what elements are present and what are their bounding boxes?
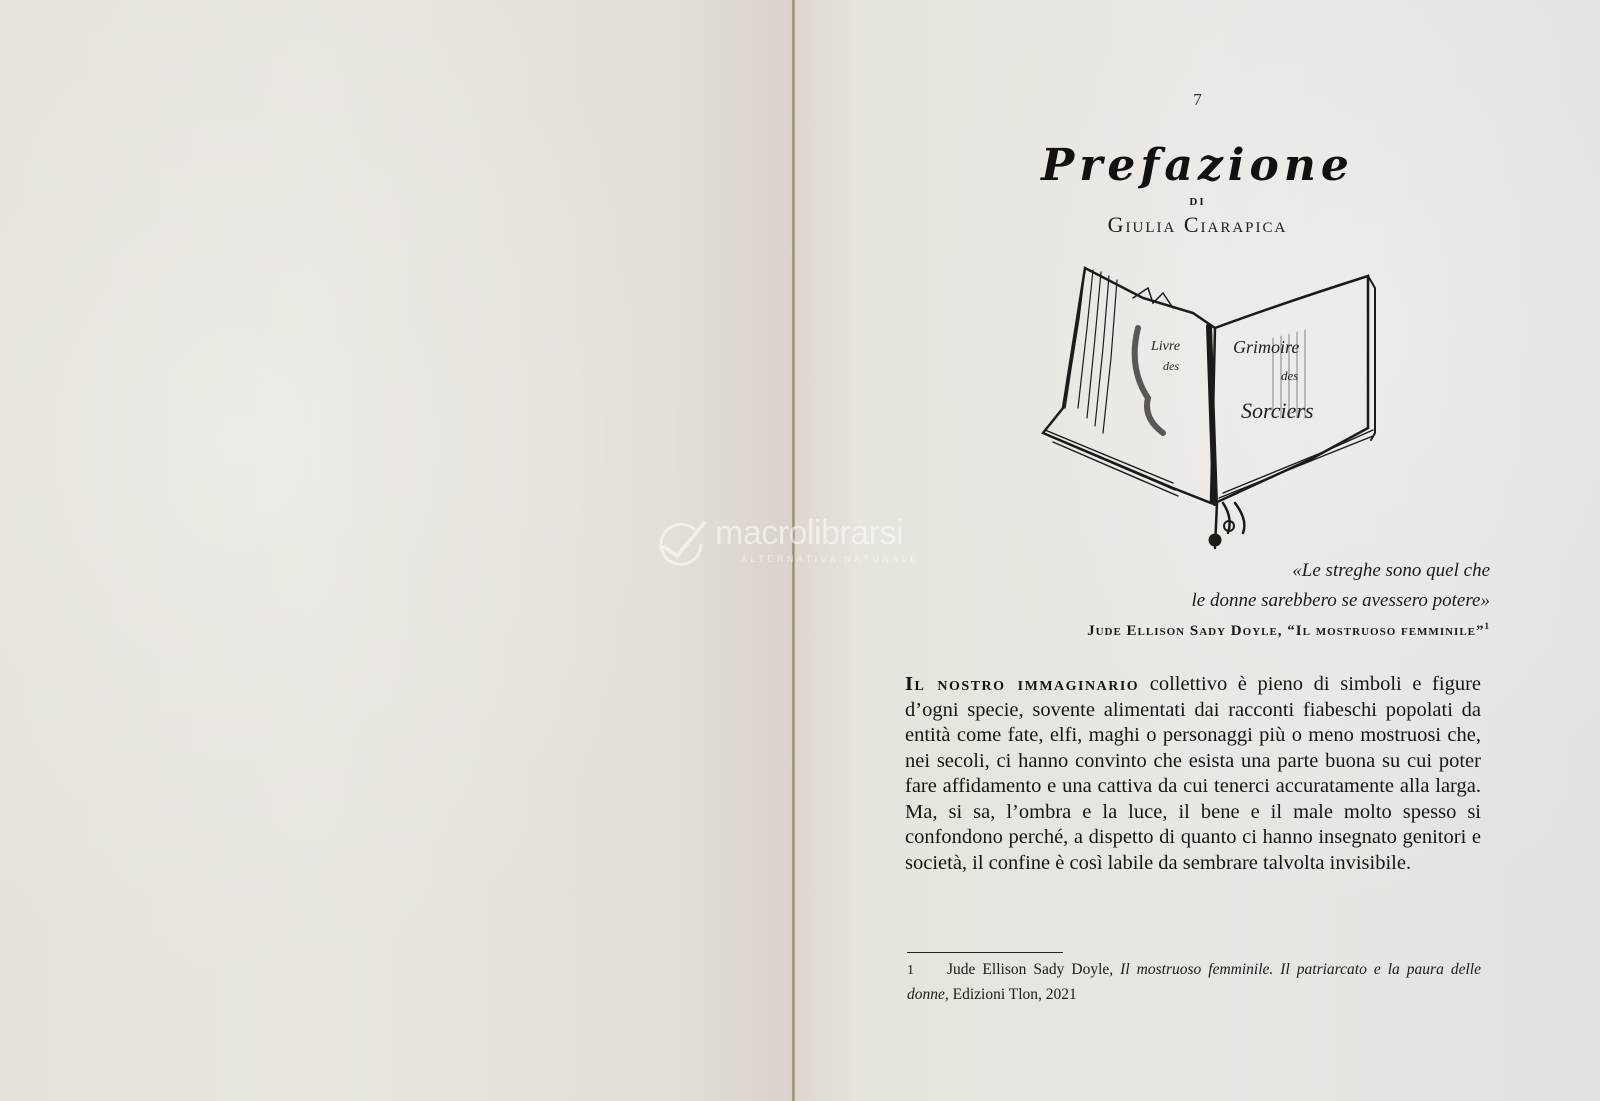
epigraph-line-1: «Le streghe sono quel che [1192,556,1490,586]
preface-author: Giulia Ciarapica [795,212,1600,238]
illustration-inscription-left: Livre [1150,339,1180,354]
title-connector: di [795,193,1600,210]
watermark-brand: macrolibrarsi [715,514,903,553]
epigraph-line-2: le donne sarebbero se avessero potere» [1192,586,1490,616]
paragraph-lead-in: Il nostro immaginario [905,673,1139,695]
book-spread: 7 Prefazione di Giulia Ciarapica Livre d… [0,0,1600,1101]
paragraph-text: collettivo è pieno di simboli e figure d… [905,673,1481,874]
epigraph-source-text: Jude Ellison Sady Doyle, “Il mostruoso f… [1087,623,1476,639]
watermark: macrolibrarsi ALTERNATIVA NATURALE [655,514,925,574]
body-paragraph: Il nostro immaginario collettivo è pieno… [905,672,1481,876]
page-number: 7 [795,90,1600,110]
footnote-publisher: , Edizioni Tlon, 2021 [945,986,1077,1003]
svg-text:Sorciers: Sorciers [1241,398,1314,423]
svg-text:des: des [1281,368,1298,383]
svg-text:des: des [1163,359,1179,373]
footnote-divider [907,952,1063,953]
grimoire-illustration: Livre des Grimoire des Sorciers [1023,258,1378,553]
epigraph-source-close-quote: ” [1476,623,1485,639]
epigraph-quote: «Le streghe sono quel che le donne sareb… [1192,556,1490,616]
illustration-inscription-right: Grimoire [1233,337,1299,357]
checkmark-circle-logo-icon [655,518,709,566]
footnote: 1Jude Ellison Sady Doyle, Il mostruoso f… [907,958,1481,1007]
watermark-tagline: ALTERNATIVA NATURALE [741,554,920,564]
footnote-reference: 1 [1485,621,1491,631]
footnote-author: Jude Ellison Sady Doyle, [947,961,1120,978]
epigraph-source: Jude Ellison Sady Doyle, “Il mostruoso f… [1087,621,1490,640]
footnote-number: 1 [907,959,947,983]
chapter-title: Prefazione [795,140,1600,191]
